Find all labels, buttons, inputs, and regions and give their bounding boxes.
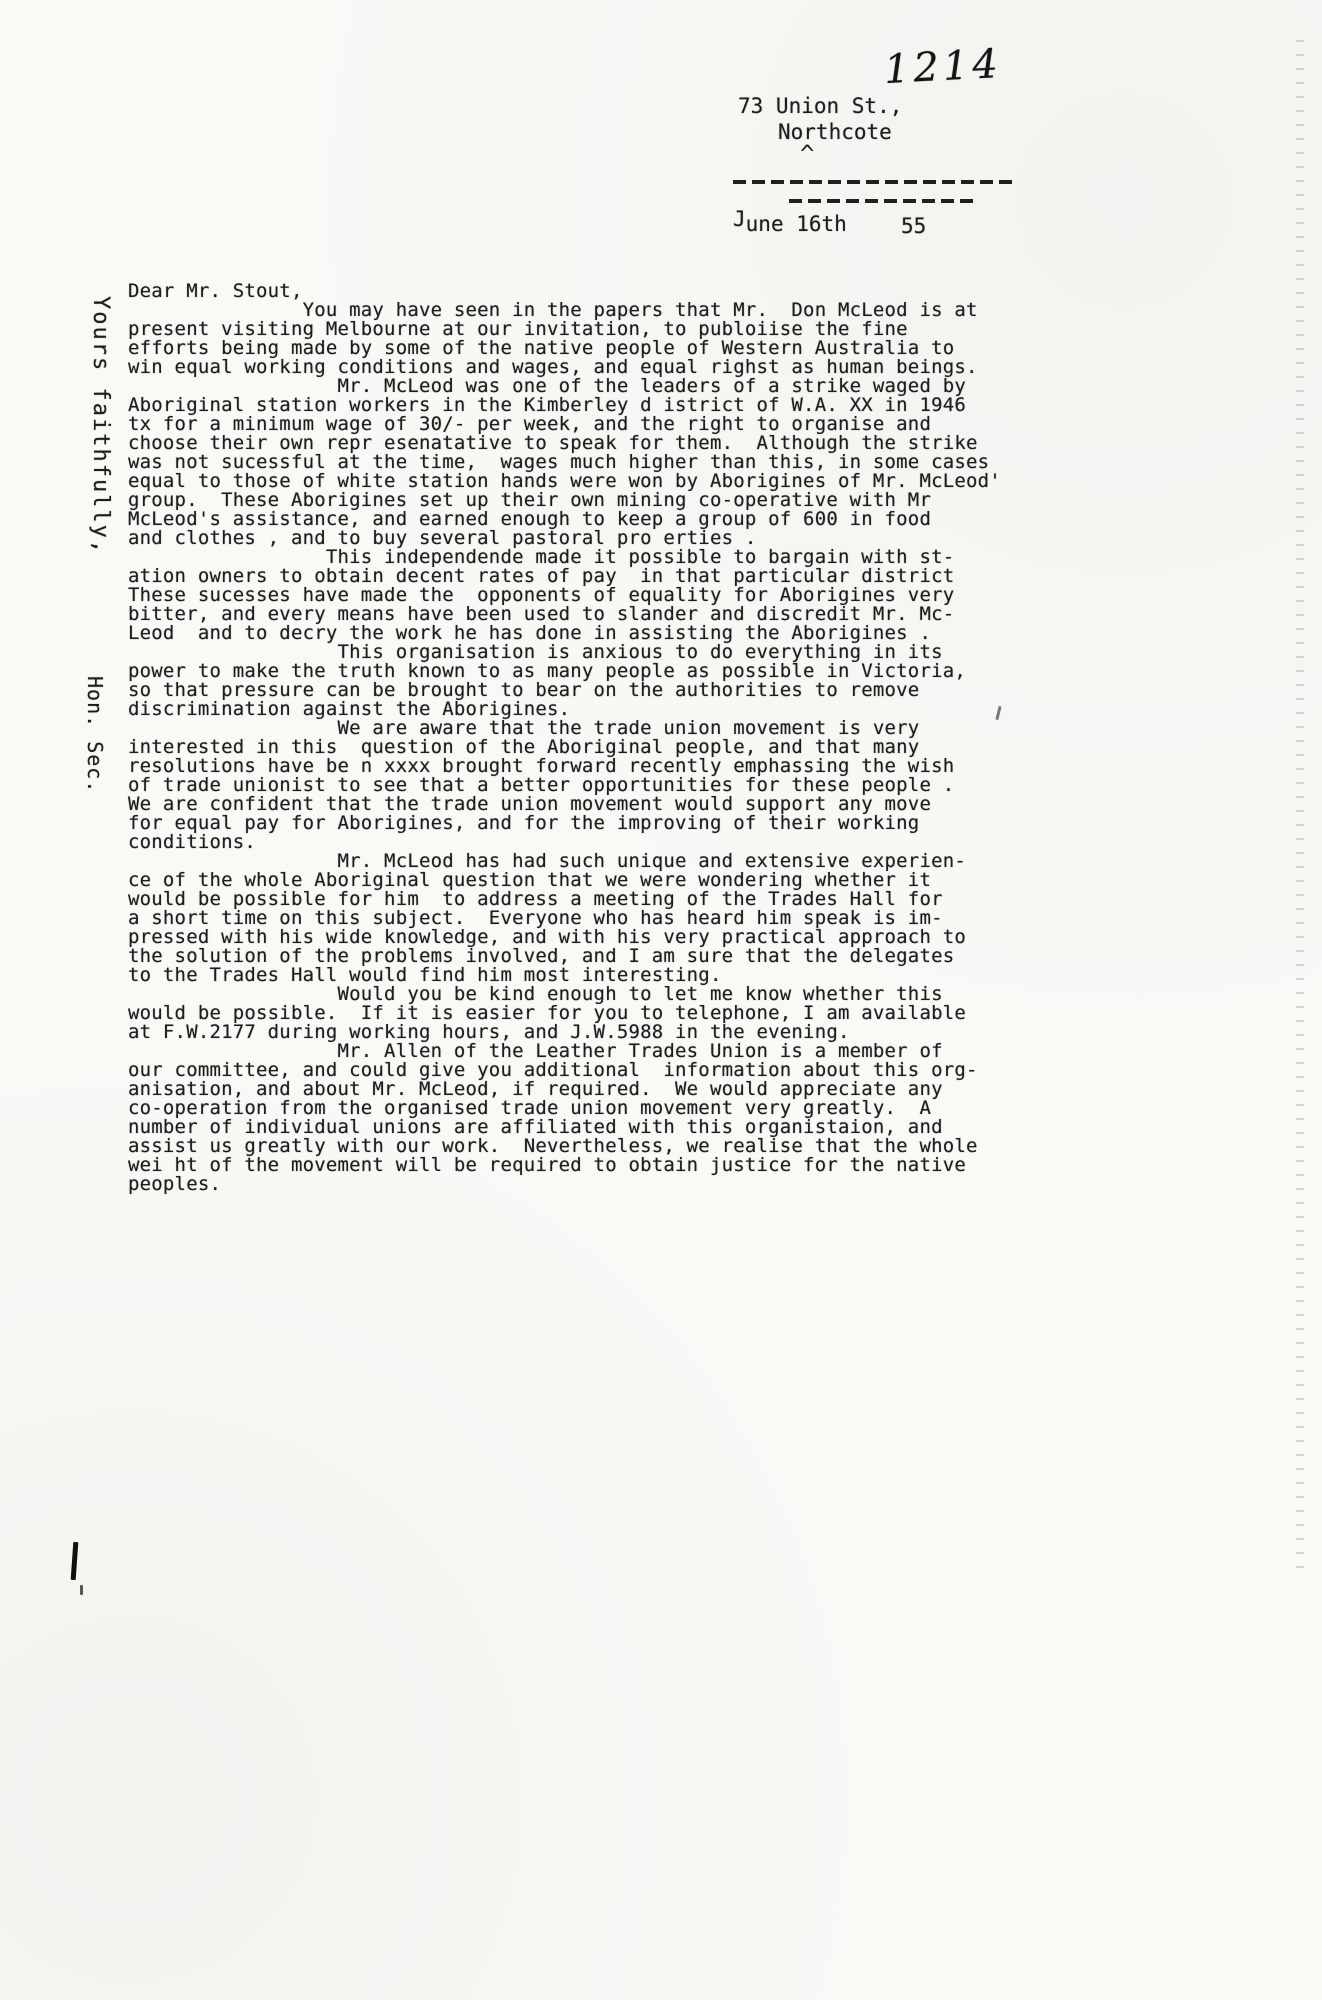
pen-stroke-mark xyxy=(71,1542,79,1580)
scanned-letter-page: 1214 73 Union St., Northcote ^ June 16th… xyxy=(0,0,1322,2000)
letter-body-text: Dear Mr. Stout, You may have seen in the… xyxy=(128,282,1001,1194)
page-number: 55 xyxy=(901,214,926,238)
letter-date-initial: J xyxy=(733,207,746,231)
handwritten-caret-mark: ^ xyxy=(800,140,814,168)
handwritten-folio-number: 1214 xyxy=(883,41,1003,93)
sender-address-line2: Northcote xyxy=(778,120,892,144)
margin-signoff-title: Hon. Sec. xyxy=(83,676,107,793)
typed-separator-line xyxy=(733,180,1014,184)
letter-date: June 16th xyxy=(733,212,847,236)
sender-address-line1: 73 Union St., xyxy=(738,94,902,118)
scan-edge-noise xyxy=(1296,40,1304,1570)
typed-separator-line xyxy=(789,199,976,203)
scan-speck xyxy=(80,1585,83,1595)
letter-date-rest: une 16th xyxy=(746,212,847,236)
margin-closing-text: Yours faithfully, xyxy=(88,296,113,555)
